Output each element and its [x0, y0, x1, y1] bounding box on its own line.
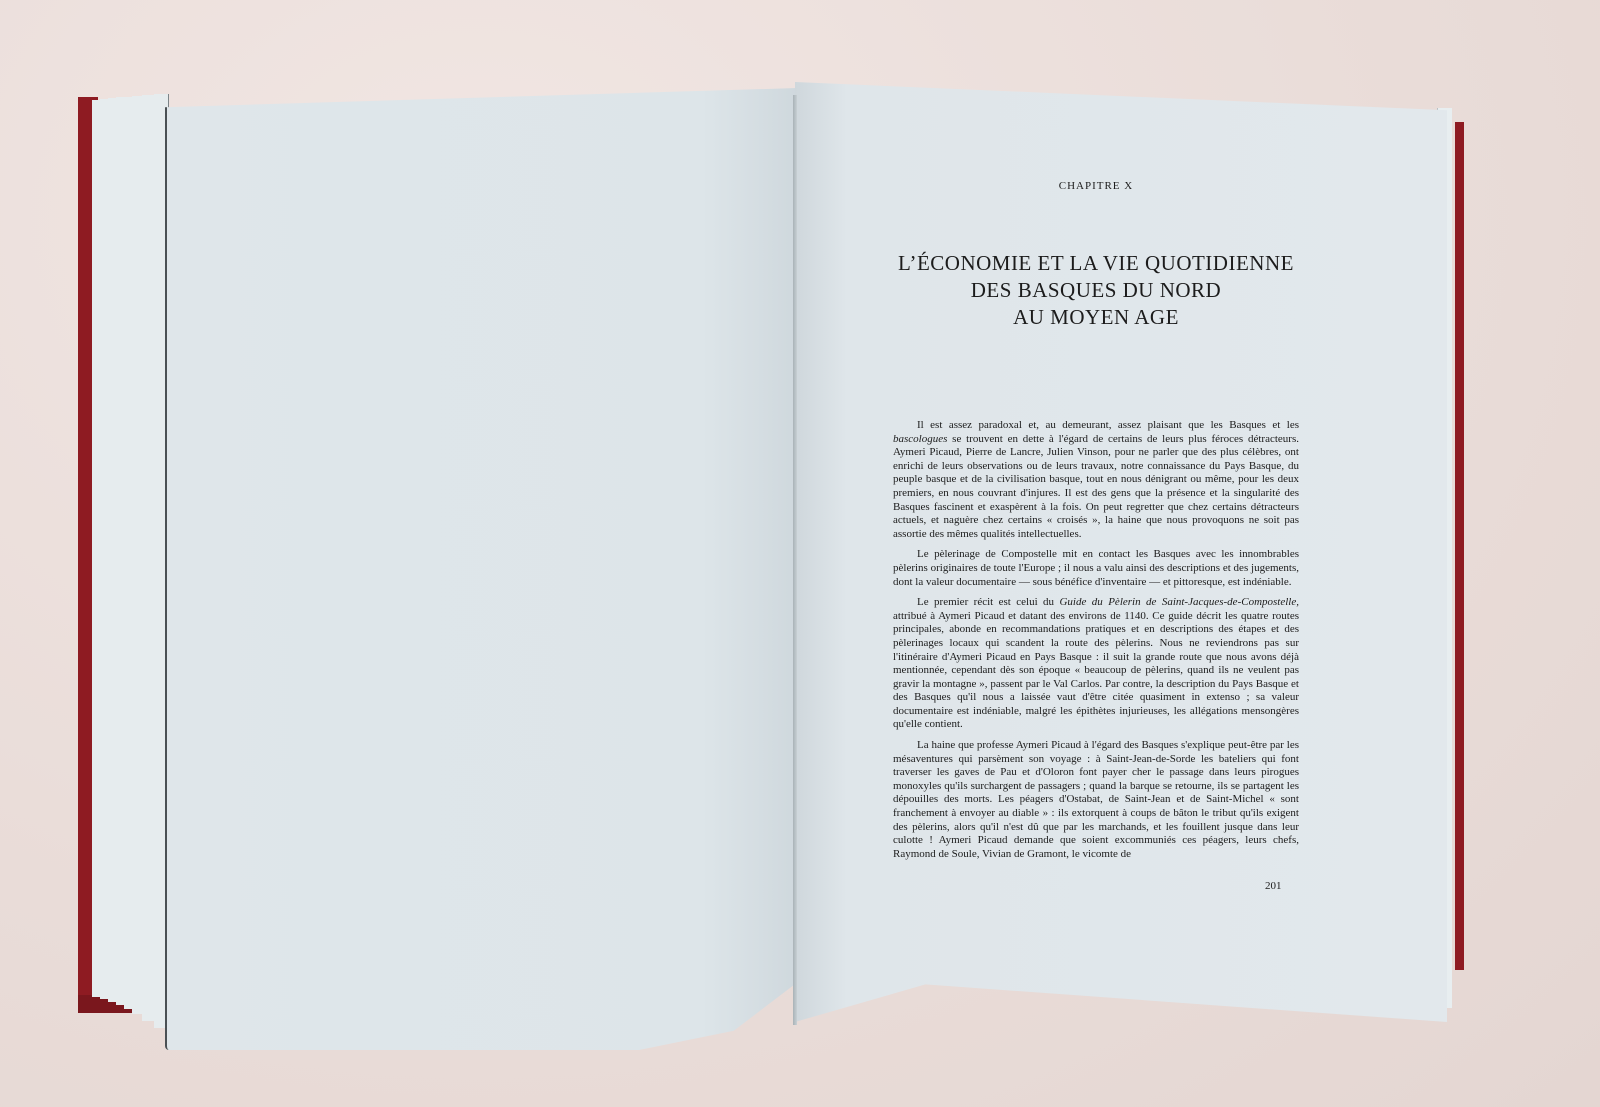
text-run: se trouvent en dette à l'égard de certai…	[893, 433, 1299, 540]
title-line: AU MOYEN AGE	[893, 304, 1299, 331]
text-run: Le pèlerinage de Compostelle mit en cont…	[893, 548, 1299, 587]
book-gutter	[793, 95, 797, 1025]
paragraph: Il est assez paradoxal et, au demeurant,…	[893, 419, 1299, 541]
chapter-label: CHAPITRE X	[893, 180, 1299, 192]
paragraph: Le premier récit est celui du Guide du P…	[893, 596, 1299, 732]
right-page-text: CHAPITRE X L’ÉCONOMIE ET LA VIE QUOTIDIE…	[893, 180, 1299, 868]
text-run: Le premier récit est celui du	[917, 596, 1059, 608]
paragraph: Le pèlerinage de Compostelle mit en cont…	[893, 548, 1299, 589]
chapter-title: L’ÉCONOMIE ET LA VIE QUOTIDIENNE DES BAS…	[893, 250, 1299, 331]
paragraph: La haine que professe Aymeri Picaud à l'…	[893, 739, 1299, 861]
italic-run: bascologues	[893, 433, 947, 445]
title-line: L’ÉCONOMIE ET LA VIE QUOTIDIENNE	[893, 250, 1299, 277]
title-line: DES BASQUES DU NORD	[893, 277, 1299, 304]
text-run: La haine que professe Aymeri Picaud à l'…	[893, 739, 1299, 860]
italic-run: Guide du Pèlerin de Saint-Jacques-de-Com…	[1059, 596, 1299, 608]
left-page-blank	[165, 88, 797, 1050]
page-number: 201	[1265, 880, 1282, 892]
text-run: attribué à Aymeri Picaud et datant des e…	[893, 610, 1299, 731]
book-cover-right	[1455, 122, 1464, 970]
text-run: Il est assez paradoxal et, au demeurant,…	[917, 419, 1299, 431]
